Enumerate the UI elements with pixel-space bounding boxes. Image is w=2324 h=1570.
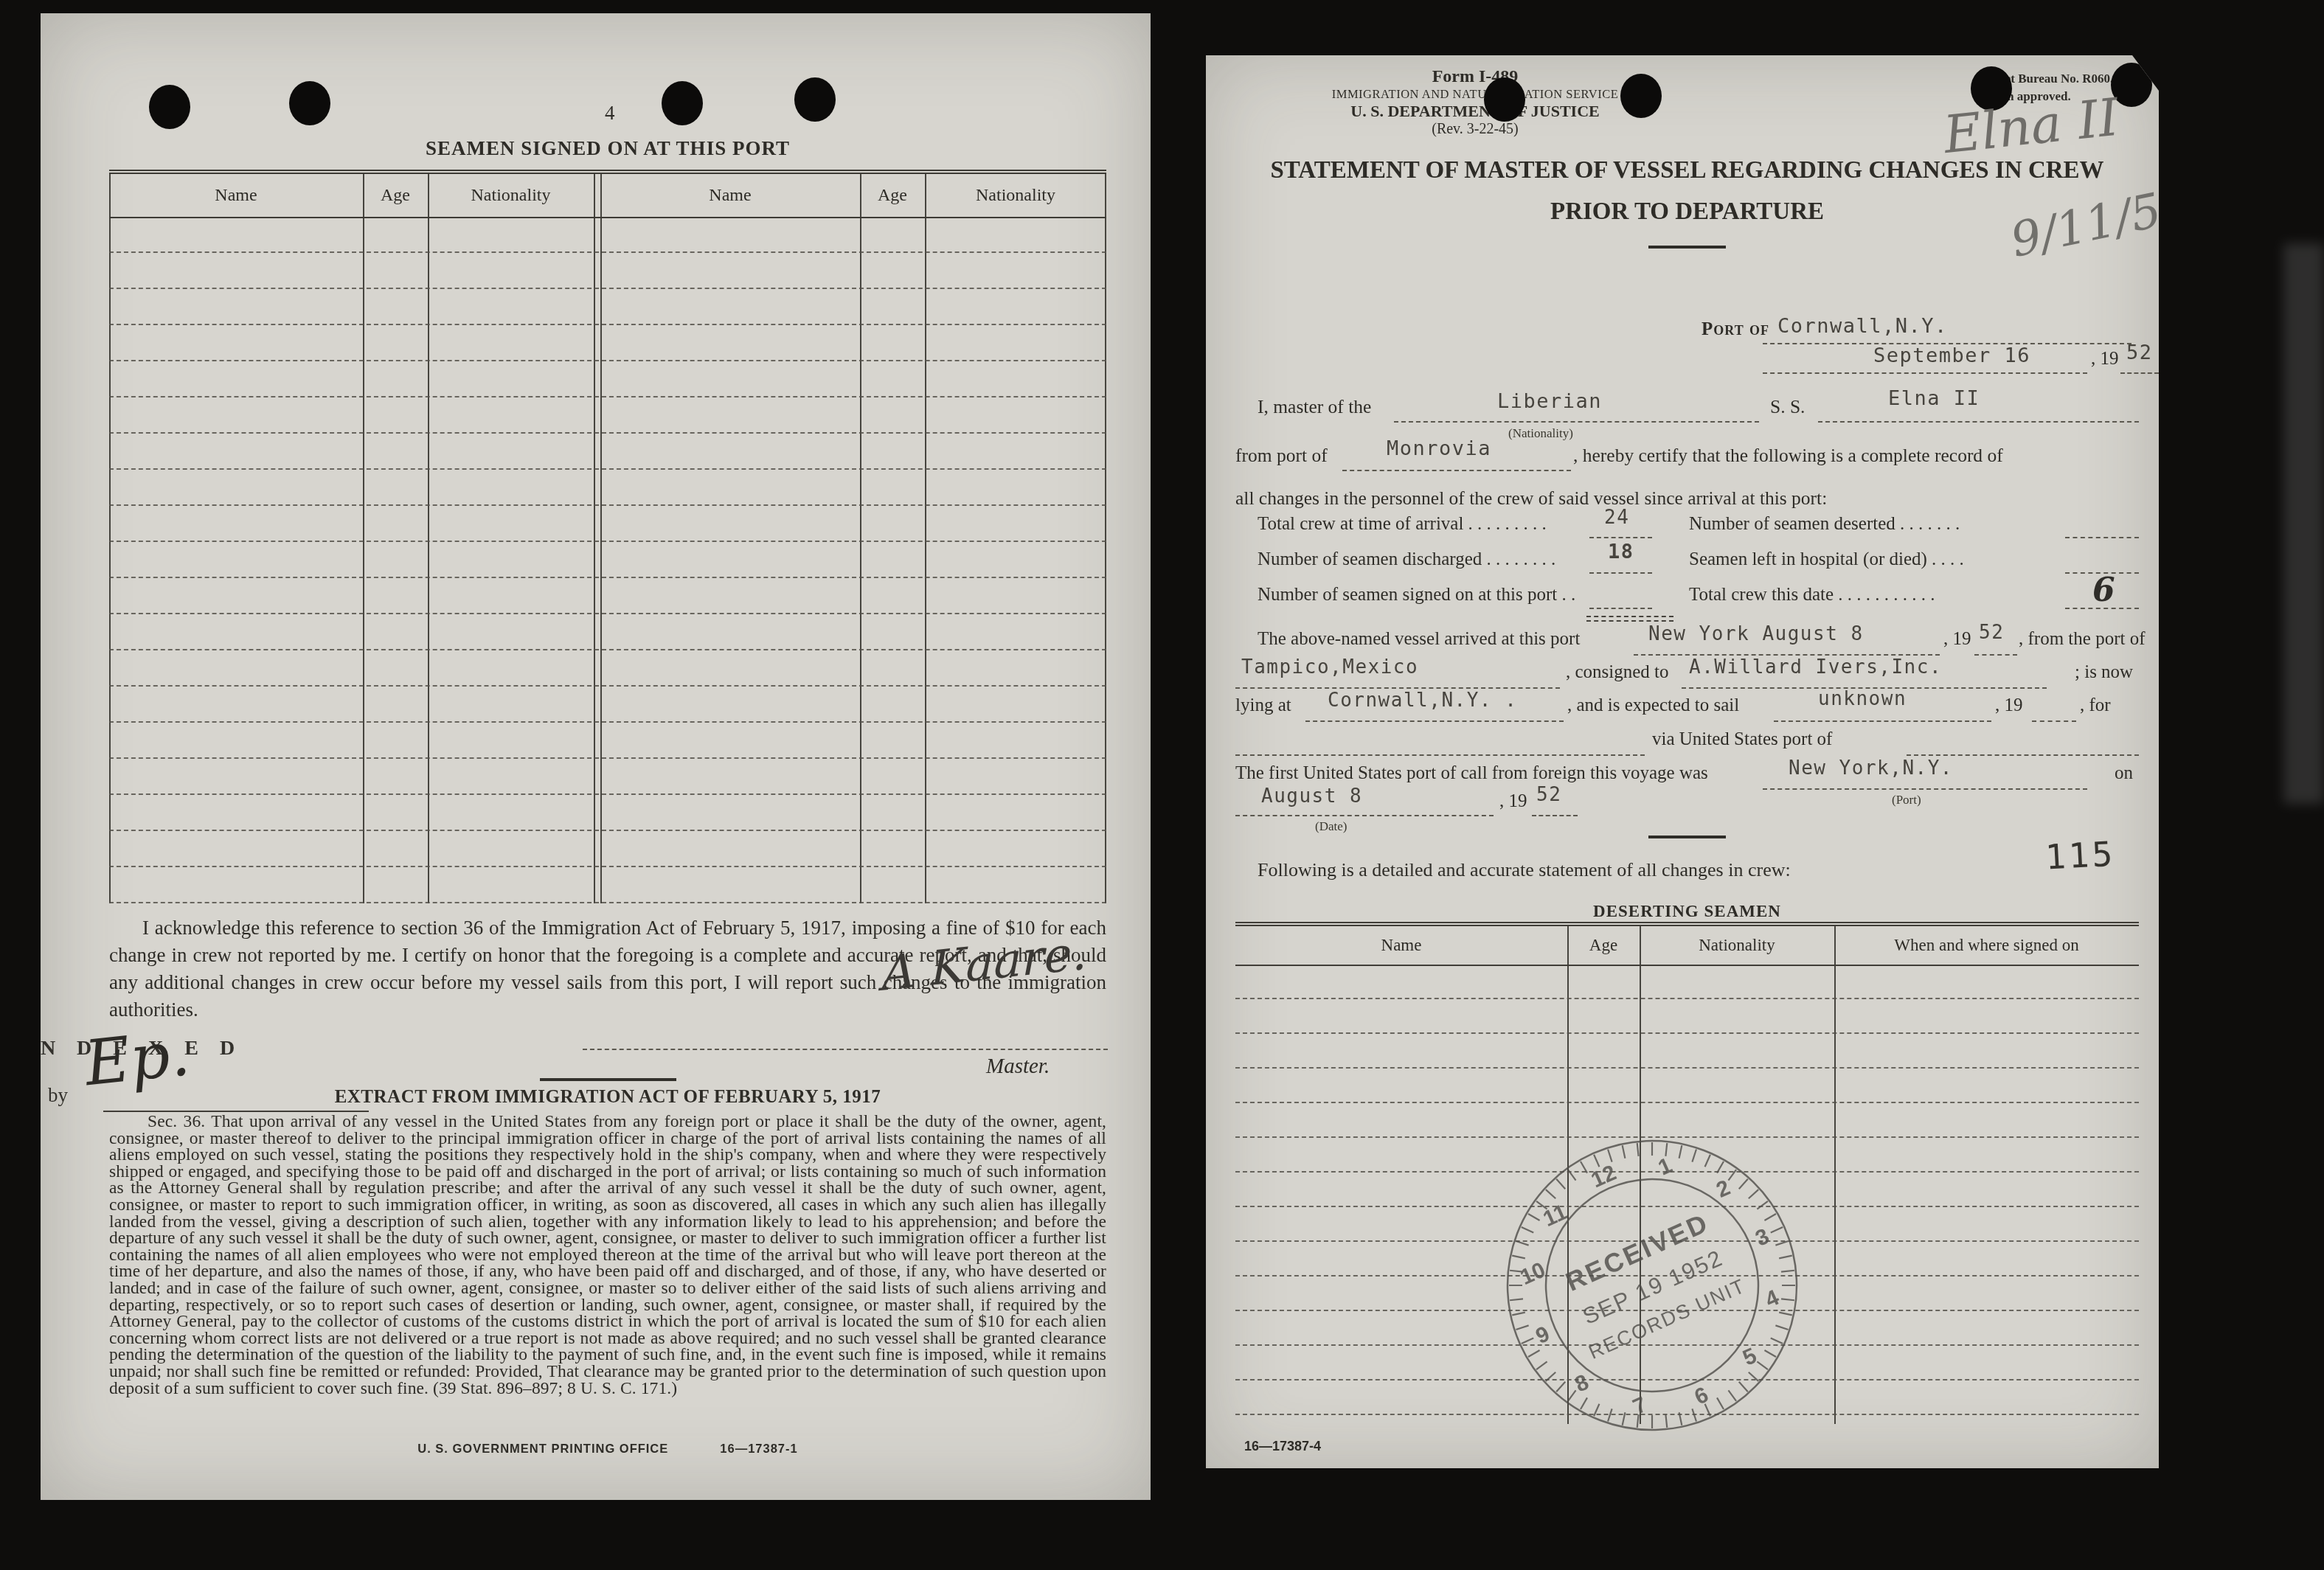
is-now-text: ; is now [2075, 662, 2133, 683]
form-code: 16—17387-1 [720, 1442, 797, 1456]
table-row [109, 902, 1106, 903]
total-crew-label: Total crew this date . . . . . . . . . .… [1689, 585, 1935, 605]
double-rule [1586, 616, 1673, 622]
first-port-date-fill [1235, 815, 1494, 816]
table-row [109, 830, 1106, 831]
table-row [109, 577, 1106, 578]
table-row [1235, 1032, 2139, 1034]
svg-text:6: 6 [1691, 1383, 1713, 1410]
nationality-caption: (Nationality) [1508, 426, 1573, 441]
punch-hole-icon [662, 81, 703, 125]
table-row [1235, 1102, 2139, 1103]
consigned-value: A.Willard Ivers,Inc. [1689, 656, 1942, 678]
scanned-document-scene: 4 SEAMEN SIGNED ON AT THIS PORT Name Age… [0, 0, 2324, 1570]
hospital-label: Seamen left in hospital (or died) . . . … [1689, 549, 1964, 570]
table-row [109, 288, 1106, 289]
received-stamp: 121234567891011 RECEIVED SEP 19 1952 REC… [1501, 1134, 1803, 1437]
for-label: , for [2080, 695, 2111, 716]
file-number: 115 [2044, 834, 2117, 878]
column-header: When and where signed on [1834, 926, 2139, 965]
extract-body: Sec. 36. That upon arrival of any vessel… [109, 1114, 1106, 1397]
first-port-year-fill [1532, 815, 1578, 816]
first-port-year-prefix: , 19 [1499, 791, 1527, 812]
right-page: Form I-489 IMMIGRATION AND NATURALIZATIO… [1206, 55, 2159, 1468]
discharged-value: 18 [1608, 541, 1634, 563]
deserted-fill [2065, 537, 2139, 538]
extract-title: EXTRACT FROM IMMIGRATION ACT OF FEBRUARY… [109, 1087, 1106, 1108]
table-row [109, 866, 1106, 867]
form-title-line1: STATEMENT OF MASTER OF VESSEL REGARDING … [1235, 157, 2139, 184]
form-number: Form I-489 [1331, 67, 1619, 87]
table-row [109, 649, 1106, 650]
agency-name: IMMIGRATION AND NATURALIZATION SERVICE [1331, 87, 1619, 102]
table-row [109, 468, 1106, 470]
film-edge [2283, 243, 2324, 804]
origin-port-value: Tampico,Mexico [1241, 656, 1418, 678]
page-number: 4 [605, 102, 615, 125]
svg-text:1: 1 [1654, 1153, 1676, 1181]
nationality-value: Liberian [1497, 390, 1602, 413]
table-row [109, 757, 1106, 759]
table-row [109, 432, 1106, 434]
expected-sail-label: , and is expected to sail [1567, 695, 1739, 716]
column-header: Name [1235, 926, 1567, 965]
lying-at-value: Cornwall,N.Y. . [1328, 690, 1517, 712]
table-row [109, 504, 1106, 506]
right-page-footer-code: 16—17387-4 [1244, 1439, 1321, 1454]
from-port-suffix: , from the port of [2019, 629, 2145, 650]
first-port-pre: The first United States port of call fro… [1235, 763, 1708, 784]
from-port-value: Monrovia [1387, 437, 1491, 460]
title-rule [1648, 246, 1726, 249]
port-value: Cornwall,N.Y. [1777, 315, 1948, 338]
column-header: Age [860, 174, 925, 217]
svg-text:7: 7 [1629, 1392, 1651, 1420]
signed-on-fill [1589, 608, 1652, 609]
table-row [109, 396, 1106, 397]
handwritten-vessel-name: Elna II [1940, 87, 2121, 165]
table-row [109, 721, 1106, 723]
first-port-value: New York,N.Y. [1789, 757, 1953, 779]
svg-text:11: 11 [1540, 1200, 1571, 1232]
revision-date: (Rev. 3-22-45) [1331, 121, 1619, 138]
vessel-fill-line [1818, 421, 2139, 423]
from-port-label: from port of [1235, 445, 1328, 467]
svg-text:2: 2 [1713, 1175, 1734, 1203]
punch-hole-icon [1484, 77, 1525, 122]
arrival-value: 24 [1604, 507, 1629, 529]
arrived-year-value: 52 [1979, 622, 2004, 644]
svg-text:9: 9 [1532, 1321, 1553, 1349]
via-label: via United States port of [1652, 729, 1832, 750]
arrived-pre: The above-named vessel arrived at this p… [1258, 629, 1580, 650]
left-page: 4 SEAMEN SIGNED ON AT THIS PORT Name Age… [41, 13, 1151, 1500]
discharged-fill [1589, 572, 1652, 574]
svg-text:12: 12 [1587, 1161, 1620, 1193]
total-crew-handwritten: 6 [2092, 572, 2115, 609]
table-row [109, 541, 1106, 542]
table-header-row: Name Age Nationality Name Age Nationalit… [109, 174, 1106, 218]
page-title: SEAMEN SIGNED ON AT THIS PORT [109, 137, 1106, 160]
year-fill-line [2120, 372, 2159, 374]
signed-on-label: Number of seamen signed on at this port … [1258, 585, 1575, 605]
section-rule [1648, 836, 1726, 838]
deserting-seamen-title: DESERTING SEAMEN [1235, 902, 2139, 921]
arrived-port-value: New York August 8 [1648, 623, 1864, 645]
via-fill-right [1907, 754, 2139, 756]
table-row [109, 324, 1106, 325]
master-pre: I, master of the [1258, 396, 1371, 418]
table-row [109, 613, 1106, 614]
arrived-year-prefix: , 19 [1943, 629, 1971, 650]
arrival-label: Total crew at time of arrival . . . . . … [1258, 514, 1547, 535]
table-row [1235, 1067, 2139, 1069]
year-prefix: , 19 [2091, 349, 2119, 369]
deserted-label: Number of seamen deserted . . . . . . . [1689, 514, 1960, 535]
sail-fill [1774, 720, 1991, 722]
column-header: Age [1567, 926, 1640, 965]
arrived-fill [1634, 654, 1940, 656]
column-header: Name [600, 174, 860, 217]
ss-label: S. S. [1770, 396, 1806, 418]
table-row [1235, 998, 2139, 999]
column-header: Name [109, 174, 363, 217]
first-port-fill [1763, 788, 2087, 790]
table-row [109, 793, 1106, 795]
table-row [109, 360, 1106, 361]
year-value: 52 [2126, 341, 2153, 364]
seamen-signed-on-table: Name Age Nationality Name Age Nationalit… [109, 170, 1106, 903]
sail-year-fill [2032, 720, 2076, 722]
date-caption: (Date) [1315, 819, 1347, 834]
table-empty-rows [109, 217, 1106, 903]
all-changes-text: all changes in the personnel of the crew… [1235, 487, 1827, 510]
section-rule [540, 1078, 676, 1081]
left-page-footer: U. S. GOVERNMENT PRINTING OFFICE 16—1738… [109, 1442, 1106, 1456]
svg-text:3: 3 [1752, 1224, 1773, 1251]
column-header: Nationality [1640, 926, 1834, 965]
table-header-row: Name Age Nationality When and where sign… [1235, 926, 2139, 966]
sail-date-value: unknown [1818, 688, 1907, 710]
column-header: Nationality [925, 174, 1106, 217]
arrival-fill [1589, 537, 1652, 538]
discharged-label: Number of seamen discharged . . . . . . … [1258, 549, 1555, 570]
date-fill-line [1763, 372, 2087, 374]
first-port-year-value: 52 [1536, 784, 1561, 806]
following-text: Following is a detailed and accurate sta… [1258, 859, 1791, 881]
certify-text: , hereby certify that the following is a… [1573, 445, 2003, 467]
printer-imprint: U. S. GOVERNMENT PRINTING OFFICE [417, 1442, 668, 1456]
signature-caption: Master. [986, 1055, 1050, 1079]
total-crew-fill [2065, 608, 2139, 609]
signature-line [583, 1049, 1108, 1050]
arrived-year-fill [1974, 654, 2017, 656]
origin-port-fill [1235, 687, 1560, 689]
vessel-value: Elna II [1888, 387, 1980, 410]
first-port-date-value: August 8 [1261, 785, 1362, 807]
indexed-by-label: by [48, 1084, 68, 1107]
department-name: U. S. DEPARTMENT OF JUSTICE [1331, 102, 1619, 121]
nationality-fill-line [1394, 421, 1759, 423]
punch-hole-icon [2111, 63, 2152, 107]
lying-at-fill [1305, 720, 1564, 722]
via-fill-left [1235, 754, 1645, 756]
form-header: Form I-489 IMMIGRATION AND NATURALIZATIO… [1331, 67, 1619, 138]
punch-hole-icon [794, 77, 836, 122]
sail-year-prefix: , 19 [1995, 695, 2023, 716]
punch-hole-icon [149, 85, 190, 129]
column-header: Age [363, 174, 428, 217]
date-value: September 16 [1873, 344, 2030, 367]
table-row [109, 685, 1106, 687]
on-label: on [2115, 763, 2133, 784]
column-header: Nationality [428, 174, 594, 217]
svg-text:4: 4 [1761, 1285, 1783, 1313]
punch-hole-icon [1620, 74, 1662, 118]
form-title-line2: PRIOR TO DEPARTURE [1235, 198, 2139, 226]
port-caption: (Port) [1892, 793, 1921, 807]
from-port-fill-line [1342, 470, 1571, 471]
svg-text:5: 5 [1739, 1344, 1761, 1371]
consigned-label: , consigned to [1566, 662, 1669, 683]
port-of-label: Port of [1702, 319, 1769, 340]
table-row [109, 251, 1106, 253]
lying-at-label: lying at [1235, 695, 1291, 716]
punch-hole-icon [289, 81, 330, 125]
